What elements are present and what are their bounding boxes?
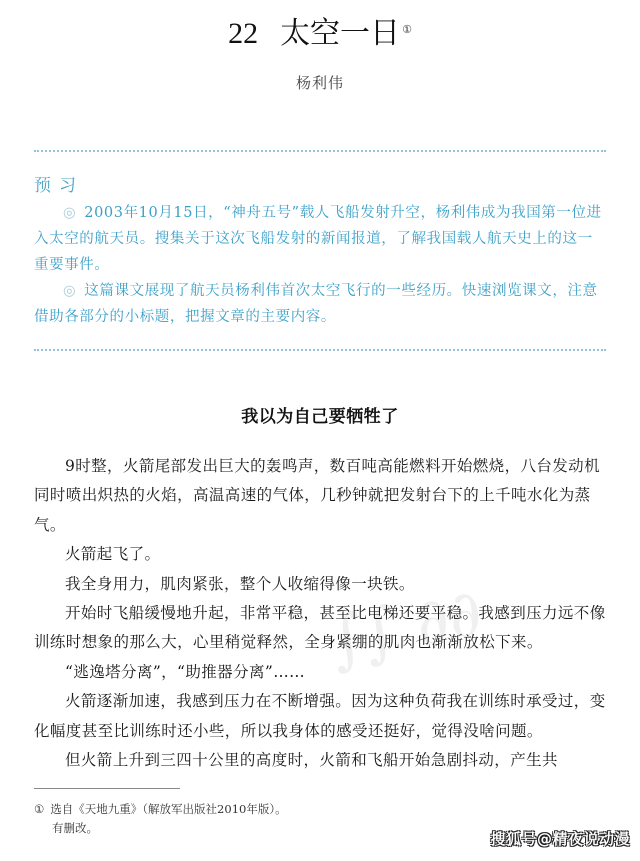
preview-top-divider xyxy=(34,150,606,152)
preview-box: 预习 ◎2003年10月15日，“神舟五号”载人飞船发射升空，杨利伟成为我国第一… xyxy=(34,172,606,330)
lesson-title-text: 太空一日 xyxy=(280,17,400,50)
footnote: ①选自《天地九重》（解放军出版社2010年版）。 有删改。 xyxy=(34,800,334,838)
title-footnote-mark[interactable]: ① xyxy=(402,24,412,36)
preview-item: ◎这篇课文展现了航天员杨利伟首次太空飞行的一些经历。快速浏览课文，注意借助各部分… xyxy=(34,278,606,330)
author-name: 杨利伟 xyxy=(0,72,640,93)
footnote-divider xyxy=(34,788,180,789)
preview-heading: 预习 xyxy=(34,172,606,200)
paragraph: 9时整，火箭尾部发出巨大的轰鸣声，数百吨高能燃料开始燃烧，八台发动机同时喷出炽热… xyxy=(34,452,606,540)
paragraph: 火箭逐渐加速，我感到压力在不断增强。因为这种负荷我在训练时承受过，变化幅度甚至比… xyxy=(34,687,606,746)
preview-item: ◎2003年10月15日，“神舟五号”载人飞船发射升空，杨利伟成为我国第一位进入… xyxy=(34,200,606,278)
preview-item-text: 这篇课文展现了航天员杨利伟首次太空飞行的一些经历。快速浏览课文，注意借助各部分的… xyxy=(34,283,598,325)
lesson-title: 22太空一日① xyxy=(0,14,640,54)
paragraph: “逃逸塔分离”，“助推器分离”…… xyxy=(34,658,606,687)
footnote-mark: ① xyxy=(34,802,44,816)
footnote-source: 选自《天地九重》（解放军出版社2010年版）。 xyxy=(50,802,286,816)
paragraph: 火箭起飞了。 xyxy=(34,540,606,569)
footnote-note: 有删改。 xyxy=(34,819,334,838)
preview-bottom-divider xyxy=(34,349,606,351)
preview-item-text: 2003年10月15日，“神舟五号”载人飞船发射升空，杨利伟成为我国第一位进入太… xyxy=(34,205,602,273)
circle-bullet-icon: ◎ xyxy=(63,205,76,221)
paragraph: 开始时飞船缓慢地升起，非常平稳，甚至比电梯还要平稳。我感到压力远不像训练时想象的… xyxy=(34,599,606,658)
paragraph: 但火箭上升到三四十公里的高度时，火箭和飞船开始急剧抖动，产生共 xyxy=(34,746,606,775)
source-watermark: 搜狐号@精夜说动漫 xyxy=(490,828,630,849)
circle-bullet-icon: ◎ xyxy=(63,283,76,299)
section-heading: 我以为自己要牺牲了 xyxy=(0,402,640,427)
lesson-number: 22 xyxy=(228,17,258,50)
paragraph: 我全身用力，肌肉紧张，整个人收缩得像一块铁。 xyxy=(34,570,606,599)
article-body: 9时整，火箭尾部发出巨大的轰鸣声，数百吨高能燃料开始燃烧，八台发动机同时喷出炽热… xyxy=(34,452,606,775)
